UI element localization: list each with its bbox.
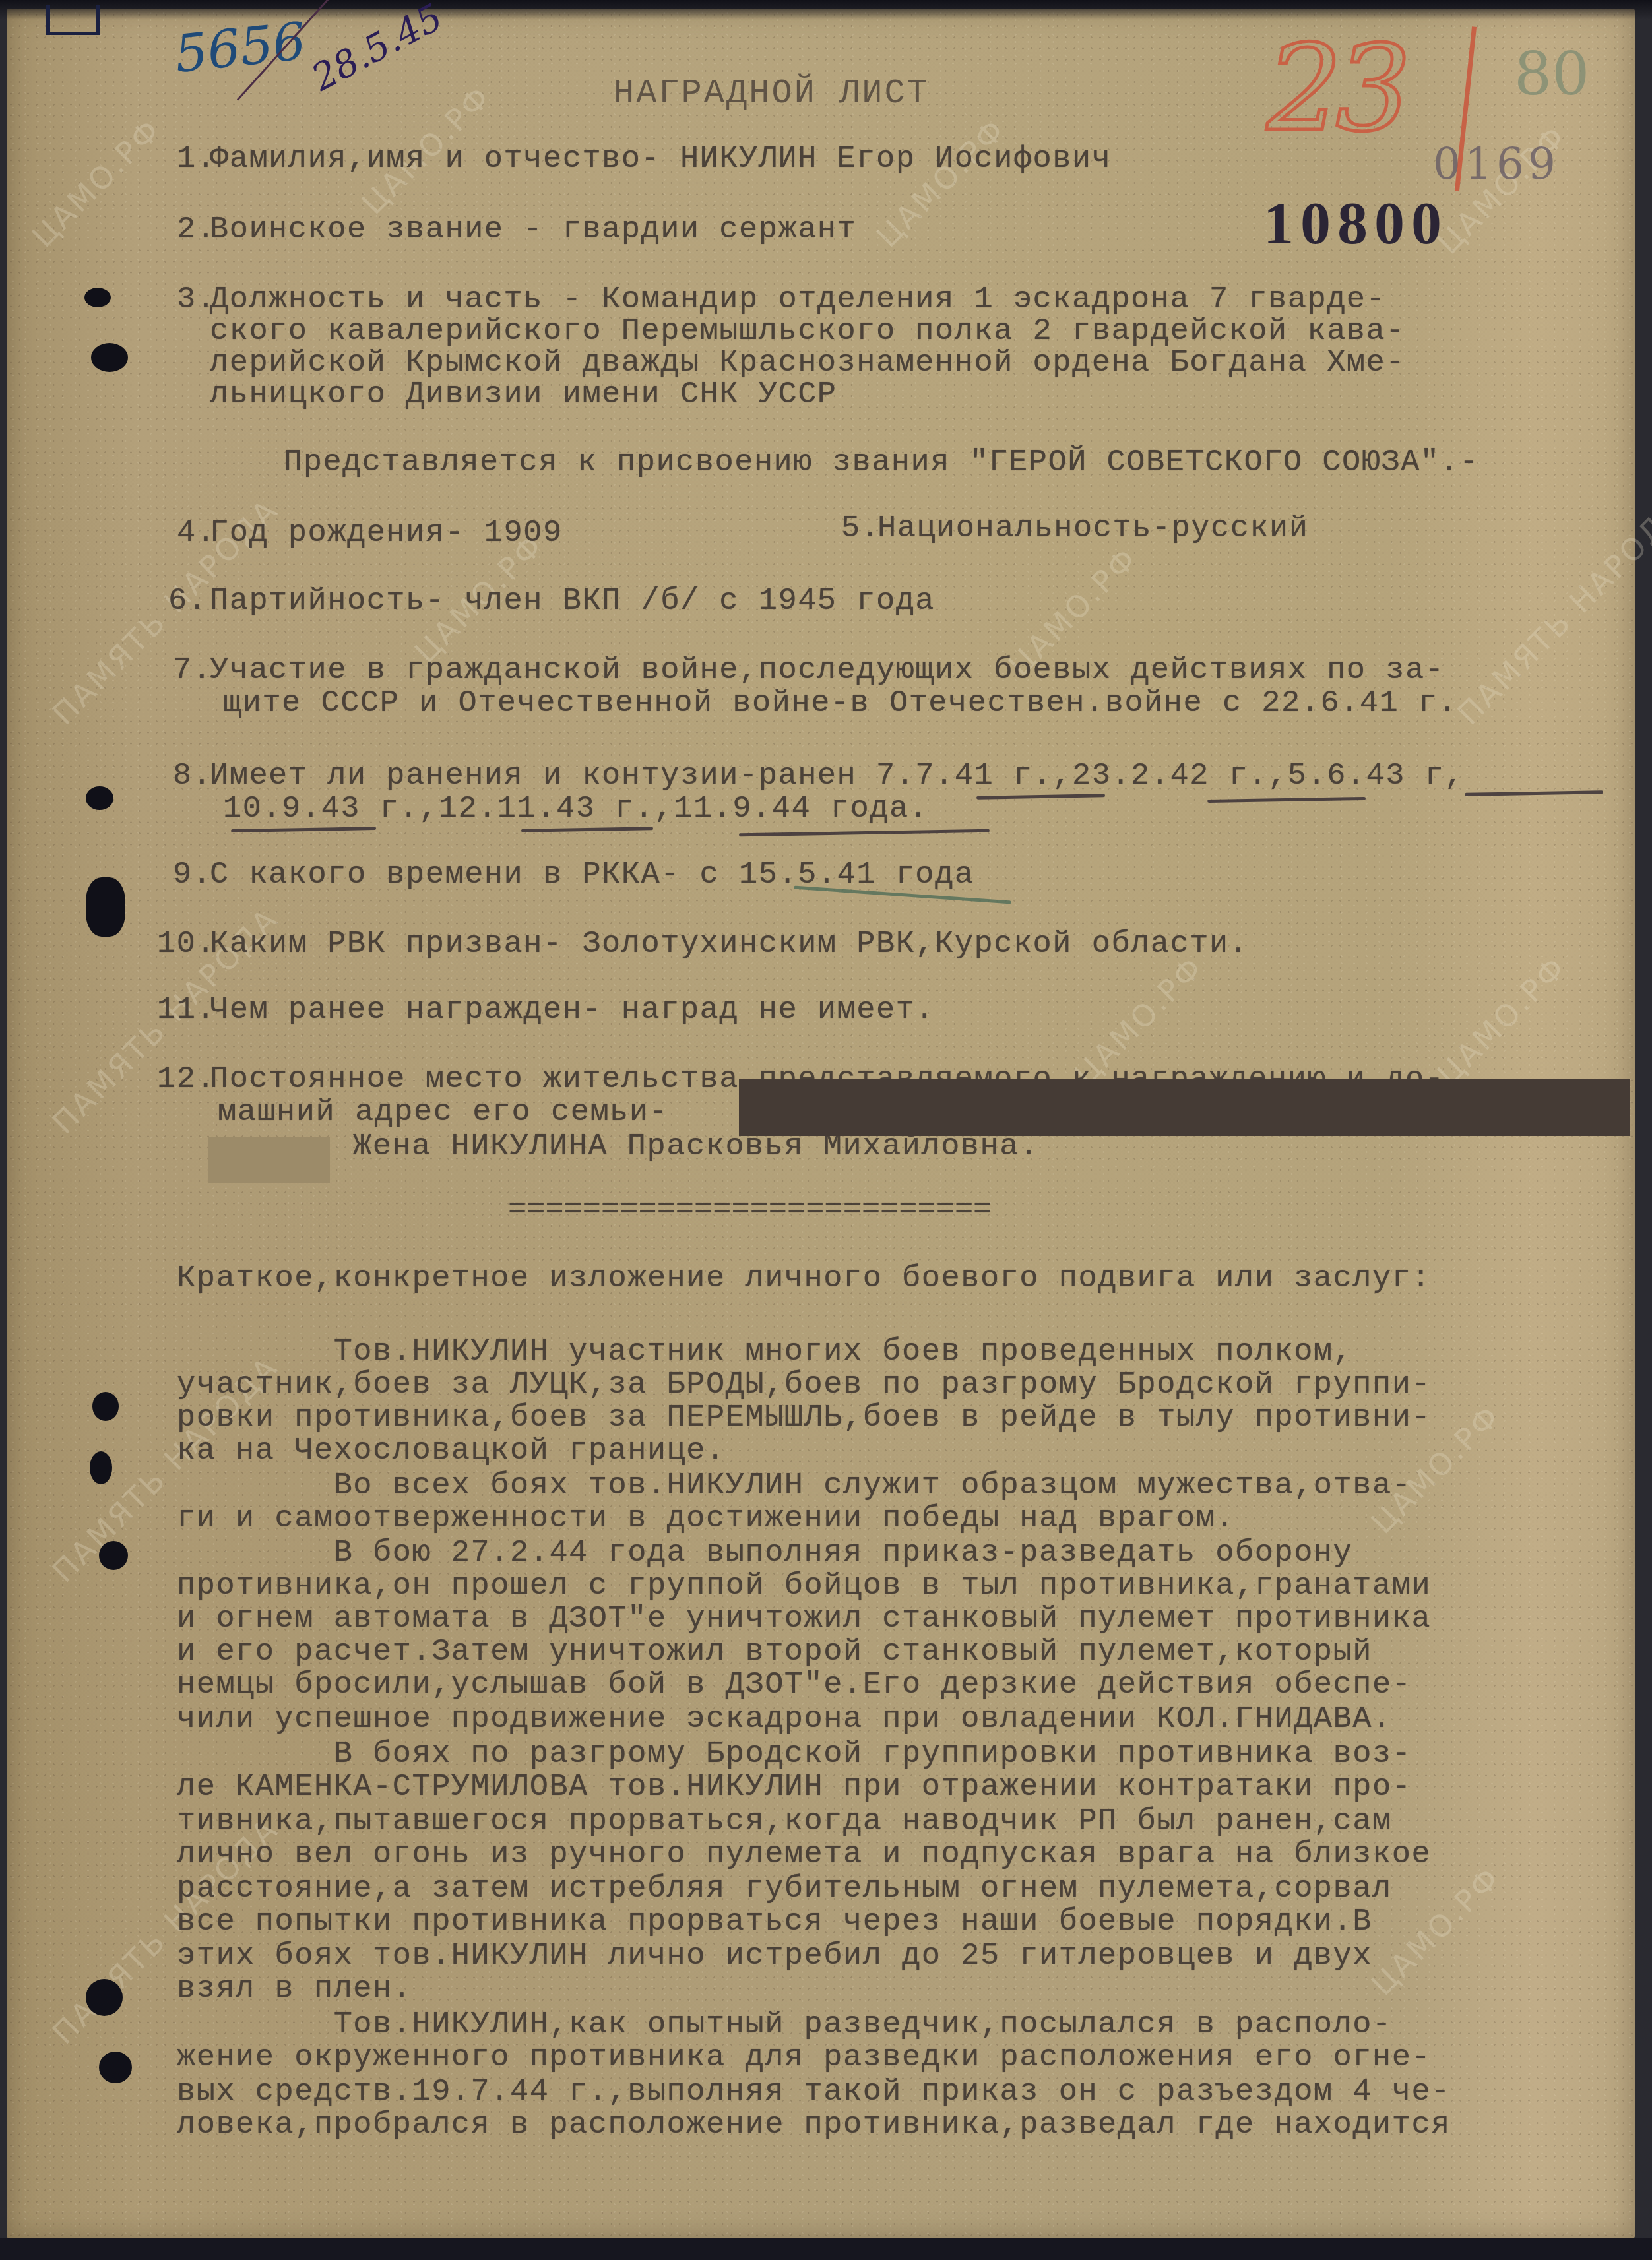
summary-line: противника,он прошел с группой бойцов в … bbox=[177, 1569, 1431, 1604]
field-12-address-line2: машний адрес его семьи- bbox=[218, 1095, 668, 1130]
redaction-bar bbox=[739, 1079, 1630, 1136]
green-pencil-number: 80 bbox=[1514, 40, 1590, 109]
field-3-position-line1: Должность и часть - Командир отделения 1… bbox=[210, 282, 1385, 317]
ink-box-mark bbox=[46, 5, 100, 35]
ink-blot bbox=[92, 1392, 119, 1421]
field-7-war-participation-line2: щите СССР и Отечественной войне-в Отечес… bbox=[223, 686, 1457, 721]
document-title: НАГРАДНОЙ ЛИСТ bbox=[614, 74, 930, 113]
scan-bottom-edge bbox=[0, 2238, 1652, 2260]
summary-line: участник,боев за ЛУЦК,за БРОДЫ,боев по р… bbox=[177, 1367, 1431, 1402]
ink-blot bbox=[99, 2052, 132, 2083]
summary-line: ровки противника,боев за ПЕРЕМЫШЛЬ,боев … bbox=[177, 1400, 1431, 1435]
summary-line: вых средств.19.7.44 г.,выполняя такой пр… bbox=[177, 2075, 1451, 2110]
ink-blot bbox=[91, 343, 128, 372]
summary-line: все попытки противника прорваться через … bbox=[177, 1904, 1372, 1939]
summary-line: Во всех боях тов.НИКУЛИН служит образцом… bbox=[177, 1468, 1411, 1503]
field-1-full-name: Фамилия,имя и отчество- НИКУЛИН Егор Иос… bbox=[210, 142, 1111, 177]
summary-line: ка на Чехословацкой границе. bbox=[177, 1433, 726, 1468]
summary-line: немцы бросили,услышав бой в ДЗОТ"е.Его д… bbox=[177, 1668, 1411, 1703]
stamped-number: 10800 bbox=[1263, 188, 1448, 258]
pencil-archive-number: 0169 bbox=[1433, 139, 1560, 189]
summary-line: Тов.НИКУЛИН участник многих боев проведе… bbox=[177, 1334, 1352, 1369]
field-5-nationality: Национальность-русский bbox=[877, 511, 1309, 546]
field-3-position-line2: ского кавалерийского Перемышльского полк… bbox=[210, 314, 1405, 349]
summary-line: ле КАМЕНКА-СТРУМИЛОВА тов.НИКУЛИН при от… bbox=[177, 1770, 1411, 1805]
summary-line: чили успешное продвижение эскадрона при … bbox=[177, 1702, 1392, 1737]
summary-line: взял в плен. bbox=[177, 1972, 412, 2007]
summary-line: жение окруженного противника для разведк… bbox=[177, 2040, 1431, 2075]
field-8-wounds-line1: Имеет ли ранения и контузии-ранен 7.7.41… bbox=[210, 759, 1464, 794]
ink-blot bbox=[86, 877, 125, 937]
nomination-statement: Представляется к присвоению звания "ГЕРО… bbox=[284, 445, 1479, 480]
summary-line: и огнем автомата в ДЗОТ"е уничтожил стан… bbox=[177, 1602, 1431, 1637]
field-6-number: 6. bbox=[168, 584, 207, 619]
field-7-number: 7. bbox=[173, 653, 212, 688]
summary-line: ги и самоотверженности в достижении побе… bbox=[177, 1501, 1235, 1536]
ink-blot bbox=[90, 1451, 112, 1484]
field-9-service-since: С какого времени в РККА- с 15.5.41 года bbox=[210, 858, 974, 893]
ink-blot bbox=[86, 786, 113, 810]
ink-blot bbox=[84, 288, 111, 307]
field-7-war-participation-line1: Участие в гражданской войне,последующих … bbox=[210, 653, 1444, 688]
summary-line: В боях по разгрому Бродской группировки … bbox=[177, 1737, 1411, 1772]
ink-blot bbox=[99, 1541, 128, 1570]
redaction-patch bbox=[208, 1137, 330, 1183]
summary-line: расстояние,а затем истребляя губительным… bbox=[177, 1871, 1392, 1906]
field-4-birth-year: Год рождения- 1909 bbox=[210, 516, 563, 551]
field-2-rank: Воинское звание - гвардии сержант bbox=[210, 212, 856, 247]
field-9-number: 9. bbox=[173, 858, 212, 893]
summary-heading: Краткое,конкретное изложение личного бое… bbox=[177, 1261, 1431, 1296]
red-pencil-number: 23 bbox=[1267, 20, 1405, 158]
section-separator: ========================== bbox=[508, 1193, 992, 1228]
field-6-party: Партийность- член ВКП /б/ с 1945 года bbox=[210, 584, 935, 619]
summary-line: этих боях тов.НИКУЛИН лично истребил до … bbox=[177, 1939, 1372, 1974]
summary-line: тивника,пытавшегося прорваться,когда нав… bbox=[177, 1804, 1392, 1839]
summary-line: лично вел огонь из ручного пулемета и по… bbox=[177, 1837, 1431, 1872]
field-12-number: 12. bbox=[157, 1062, 216, 1097]
field-5-number: 5. bbox=[841, 511, 880, 546]
field-3-position-line3: лерийской Крымской дважды Краснознаменно… bbox=[210, 346, 1405, 381]
ink-blot bbox=[86, 1979, 123, 2016]
summary-line: ловека,пробрался в расположение противни… bbox=[177, 2108, 1451, 2143]
field-3-position-line4: льницкого Дивизии имени СНК УССР bbox=[210, 377, 837, 412]
field-11-number: 11. bbox=[157, 993, 216, 1028]
field-10-number: 10. bbox=[157, 927, 216, 962]
field-11-previous-awards: Чем ранее награжден- наград не имеет. bbox=[210, 993, 935, 1028]
field-8-number: 8. bbox=[173, 759, 212, 794]
field-10-draft-office: Каким РВК призван- Золотухинским РВК,Кур… bbox=[210, 927, 1248, 962]
summary-line: Тов.НИКУЛИН,как опытный разведчик,посыла… bbox=[177, 2007, 1392, 2042]
field-8-wounds-line2: 10.9.43 г.,12.11.43 г.,11.9.44 года. bbox=[223, 792, 928, 827]
summary-line: В бою 27.2.44 года выполняя приказ-разве… bbox=[177, 1536, 1352, 1571]
summary-line: и его расчет.Затем уничтожил второй стан… bbox=[177, 1635, 1372, 1670]
